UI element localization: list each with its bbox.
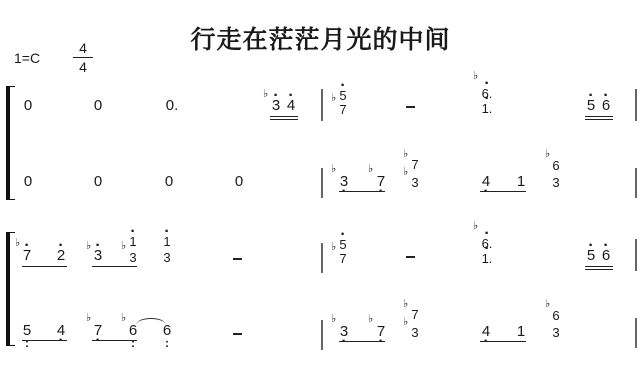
note: 5 bbox=[585, 248, 597, 264]
flat-icon: ♭ bbox=[473, 70, 478, 81]
barline bbox=[635, 318, 637, 348]
note: 0 bbox=[233, 174, 245, 190]
note: 3 bbox=[409, 325, 421, 341]
note: 6 bbox=[161, 323, 173, 339]
flat-icon: ♭ bbox=[86, 312, 91, 323]
note: 7 bbox=[337, 251, 349, 267]
note: 3 bbox=[127, 250, 139, 266]
flat-icon: ♭ bbox=[331, 241, 336, 252]
note: 6 bbox=[600, 248, 612, 264]
note: 3 bbox=[550, 325, 562, 341]
flat-icon: ♭ bbox=[86, 240, 91, 251]
note: 3 bbox=[338, 174, 350, 190]
note: 4 bbox=[285, 98, 297, 114]
flat-icon: ♭ bbox=[263, 88, 268, 99]
note: 0 bbox=[163, 174, 175, 190]
barline bbox=[635, 168, 637, 198]
flat-icon: ♭ bbox=[403, 166, 408, 177]
note: 4 bbox=[480, 324, 492, 340]
note: 1 bbox=[515, 174, 527, 190]
note: 7 bbox=[409, 157, 421, 173]
barline bbox=[321, 168, 323, 198]
time-numerator: 4 bbox=[79, 40, 87, 56]
barline bbox=[321, 243, 323, 273]
time-signature: 4 4 bbox=[73, 40, 93, 75]
note: 3 bbox=[409, 175, 421, 191]
barline bbox=[321, 320, 323, 350]
note: 3 bbox=[161, 250, 173, 266]
flat-icon: ♭ bbox=[403, 148, 408, 159]
note: 7 bbox=[375, 174, 387, 190]
time-denominator: 4 bbox=[79, 59, 87, 75]
flat-icon: ♭ bbox=[15, 237, 20, 248]
note: 7 bbox=[409, 307, 421, 323]
note: 0 bbox=[22, 98, 34, 114]
note: 2 bbox=[55, 248, 67, 264]
note: 7 bbox=[21, 248, 33, 264]
note: 3 bbox=[550, 175, 562, 191]
flat-icon: ♭ bbox=[331, 313, 336, 324]
key-signature: 1=C bbox=[14, 50, 40, 66]
note: 4 bbox=[480, 174, 492, 190]
system-brace bbox=[6, 86, 15, 200]
note: 5 bbox=[21, 323, 33, 339]
flat-icon: ♭ bbox=[368, 313, 373, 324]
flat-icon: ♭ bbox=[121, 240, 126, 251]
note: 1 bbox=[127, 234, 139, 250]
note: 0 bbox=[22, 174, 34, 190]
barline bbox=[635, 239, 637, 271]
note: 1 bbox=[161, 234, 173, 250]
note: 3 bbox=[270, 98, 282, 114]
score-title: 行走在茫茫月光的中间 bbox=[0, 20, 641, 56]
note: 4 bbox=[55, 323, 67, 339]
flat-icon: ♭ bbox=[403, 316, 408, 327]
note: 6 bbox=[127, 323, 139, 339]
system-brace bbox=[6, 232, 15, 346]
note: 7 bbox=[92, 323, 104, 339]
note: 1 bbox=[515, 324, 527, 340]
flat-icon: ♭ bbox=[331, 92, 336, 103]
flat-icon: ♭ bbox=[403, 298, 408, 309]
flat-icon: ♭ bbox=[368, 163, 373, 174]
note: 1. bbox=[479, 251, 495, 267]
note: 1. bbox=[479, 101, 495, 117]
note: 0 bbox=[92, 174, 104, 190]
flat-icon: ♭ bbox=[473, 220, 478, 231]
note: 6 bbox=[550, 158, 562, 174]
note: 7 bbox=[337, 102, 349, 118]
note: 3 bbox=[338, 324, 350, 340]
barline bbox=[635, 89, 637, 121]
flat-icon: ♭ bbox=[331, 163, 336, 174]
note: 0 bbox=[92, 98, 104, 114]
note: 6 bbox=[600, 98, 612, 114]
note: 6 bbox=[550, 308, 562, 324]
note: 3 bbox=[92, 248, 104, 264]
note: 0. bbox=[164, 98, 180, 114]
barline bbox=[321, 89, 323, 121]
flat-icon: ♭ bbox=[121, 312, 126, 323]
note: 5 bbox=[585, 98, 597, 114]
note: 7 bbox=[375, 324, 387, 340]
